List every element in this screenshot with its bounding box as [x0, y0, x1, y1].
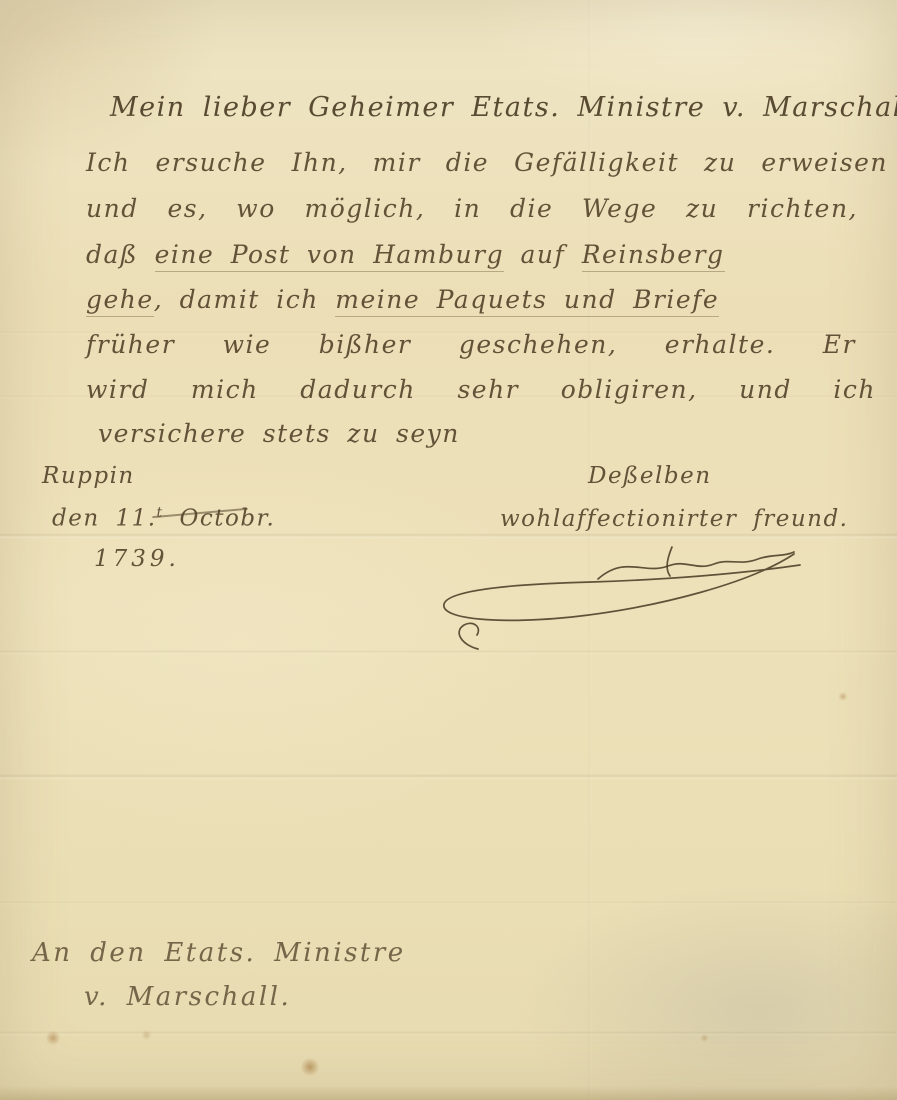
foxing-spot [700, 1034, 709, 1042]
salutation-line: Mein lieber Geheimer Etats. Ministre v. … [110, 92, 890, 123]
body-text: , damit ich [154, 285, 336, 314]
dateline-place: Ruppin [42, 463, 135, 489]
body-line: und es, wo möglich, in die Wege zu richt… [86, 194, 858, 223]
address-line-1: An den Etats. Ministre [32, 938, 406, 968]
address-text: v. Marschall. [84, 982, 291, 1012]
body-text-underlined: meine Paquets und Briefe [335, 285, 719, 317]
closing-text: Deßelben [588, 463, 712, 489]
body-line: daß eine Post von Hamburg auf Reinsberg [86, 240, 888, 269]
date-superscript: t [157, 505, 164, 521]
salutation-text: Mein lieber Geheimer Etats. Ministre v. … [110, 92, 897, 123]
body-line: wird mich dadurch sehr obligiren, und ic… [86, 375, 876, 404]
date-text: den 11. [52, 506, 157, 532]
body-text-underlined: eine Post von Hamburg [155, 240, 505, 272]
fold-crease [0, 1031, 897, 1036]
page-bottom-edge [0, 1086, 897, 1100]
fold-crease [0, 774, 897, 780]
body-text-underlined: gehe [86, 285, 154, 317]
address-line-2: v. Marschall. [84, 982, 291, 1012]
closing-friend-line: wohlaffectionirter freund. [500, 506, 848, 532]
foxing-spot [141, 1030, 152, 1040]
foxing-spot [838, 692, 848, 701]
closing-text: wohlaffectionirter freund. [500, 506, 848, 532]
body-text: auf [504, 240, 582, 269]
address-text: An den Etats. Ministre [32, 938, 406, 968]
foxing-spot [300, 1058, 320, 1076]
closing-pronoun: Deßelben [588, 463, 712, 489]
body-line: früher wie bißher geschehen, erhalte. Er [86, 330, 856, 359]
body-text-underlined: Reinsberg [582, 240, 725, 272]
body-line: gehe, damit ich meine Paquets und Briefe [86, 285, 888, 314]
year-text: 1739. [94, 546, 180, 572]
body-text: versichere stets zu seyn [98, 419, 460, 448]
body-line: Ich ersuche Ihn, mir die Gefälligkeit zu… [86, 148, 888, 177]
body-text: und es, wo möglich, in die Wege zu richt… [86, 194, 858, 223]
letter-page: Mein lieber Geheimer Etats. Ministre v. … [0, 0, 897, 1100]
dateline-year: 1739. [94, 546, 180, 572]
signature-flourish: Friderich [420, 535, 810, 665]
foxing-spot [45, 1031, 61, 1045]
fold-crease [0, 901, 897, 905]
body-line: versichere stets zu seyn [98, 419, 460, 448]
body-text: daß [86, 240, 155, 269]
place-text: Ruppin [42, 463, 135, 489]
body-text: früher wie bißher geschehen, erhalte. Er [86, 330, 856, 359]
body-text: wird mich dadurch sehr obligiren, und ic… [86, 375, 876, 404]
body-text: Ich ersuche Ihn, mir die Gefälligkeit zu… [86, 148, 888, 177]
